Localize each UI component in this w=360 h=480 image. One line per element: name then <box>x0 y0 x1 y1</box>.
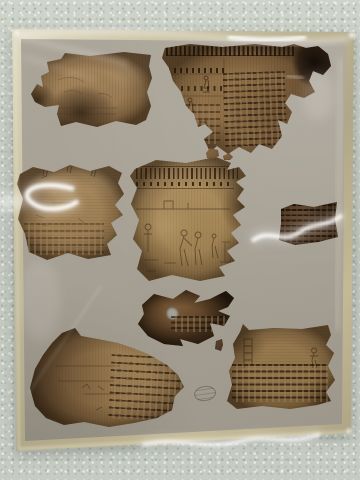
cursive-text-block <box>280 204 336 243</box>
plastic-edge-frame <box>0 0 360 480</box>
cursive-text-block <box>232 364 328 402</box>
photo-of-mounted-papyri <box>0 0 360 480</box>
fragment-bottom-right <box>222 322 340 416</box>
mount-shadow <box>0 0 360 480</box>
faint-text-block <box>24 223 104 255</box>
cursive-text-block <box>223 71 288 147</box>
